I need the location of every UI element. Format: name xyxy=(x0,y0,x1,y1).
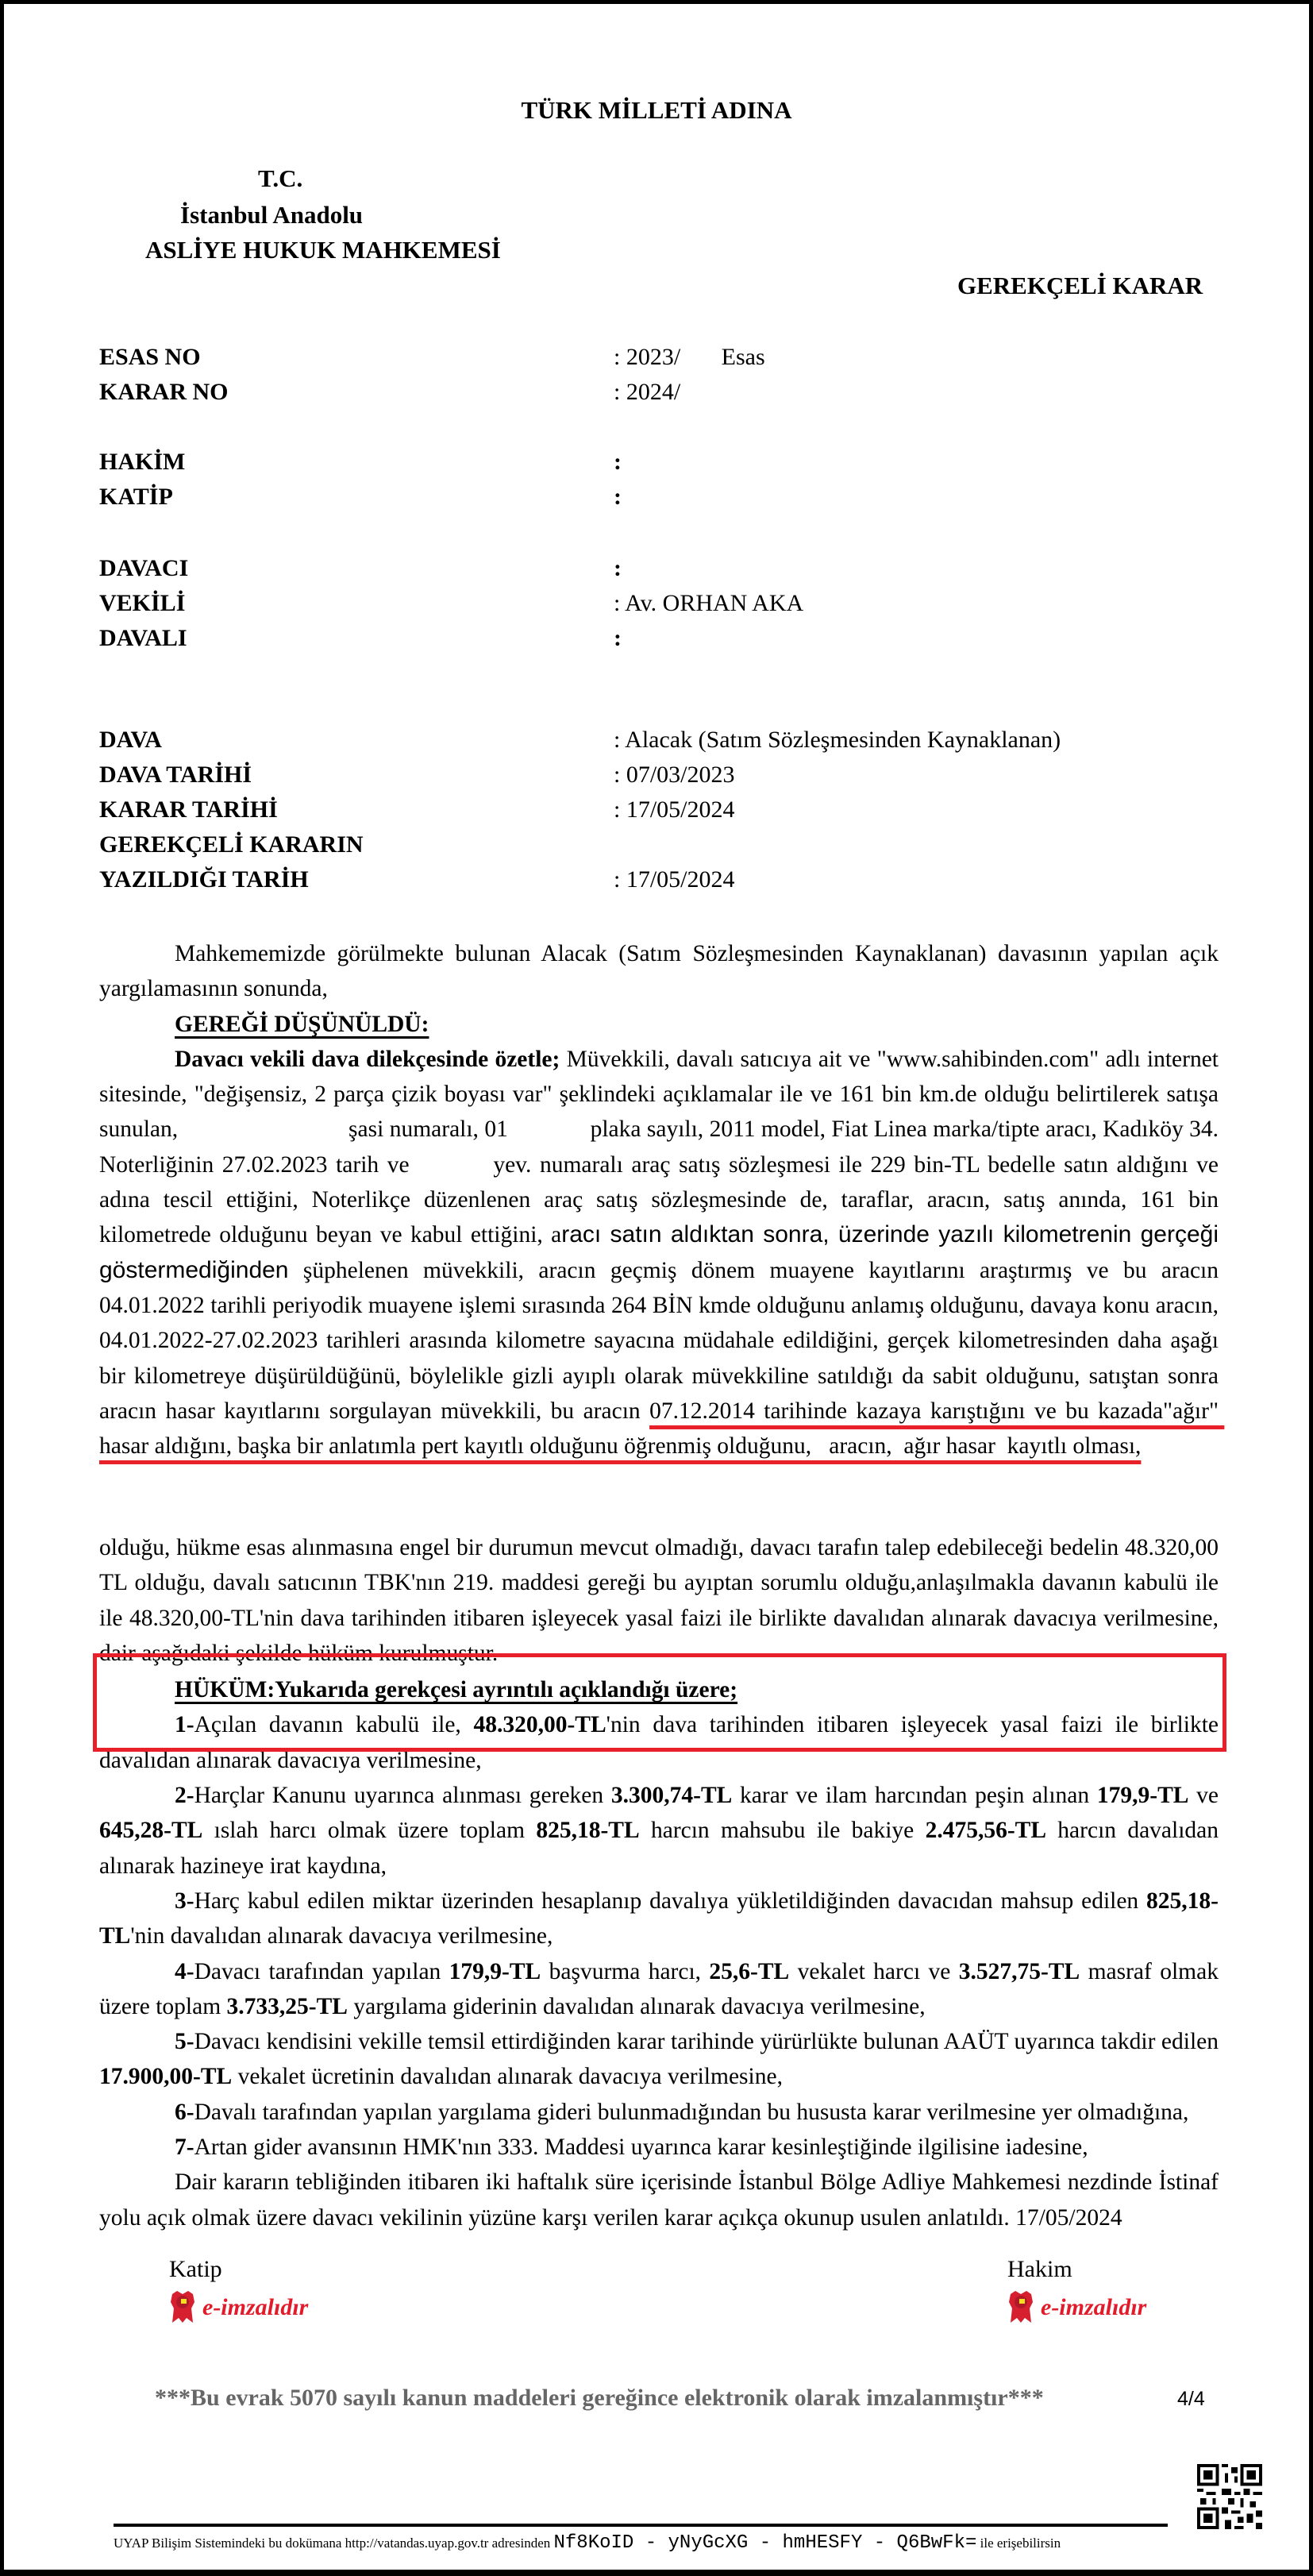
signature-hakim: e-imzalıdır xyxy=(1007,2291,1146,2323)
gereği-dusunuldu-heading: GEREĞİ DÜŞÜNÜLDÜ: xyxy=(175,1012,429,1037)
verdict-item-number: 3- xyxy=(175,1888,194,1914)
field-value-davaci: : xyxy=(614,555,622,582)
uyap-access-line: UYAP Bilişim Sistemindeki bu dokümana ht… xyxy=(114,2532,1061,2554)
e-signature-notice: ***Bu evrak 5070 sayılı kanun maddeleri … xyxy=(155,2385,1044,2412)
court-line-name: ASLİYE HUKUK MAHKEMESİ xyxy=(145,236,501,264)
amount: 3.733,25-TL xyxy=(227,1994,348,2019)
claim-paragraph: Davacı vekili dava dilekçesinde özetle; … xyxy=(99,1042,1219,1464)
verdict-text: vekalet ücretinin davalıdan alınarak dav… xyxy=(232,2064,783,2089)
amount: 179,9-TL xyxy=(1097,1783,1189,1808)
document-title: TÜRK MİLLETİ ADINA xyxy=(4,96,1309,125)
field-label-vekili: VEKİLİ xyxy=(99,590,185,617)
uyap-prefix: UYAP Bilişim Sistemindeki bu dokümana ht… xyxy=(114,2536,550,2551)
field-value-katip: : xyxy=(614,484,622,511)
verdict-text: vekalet harcı ve xyxy=(789,1959,959,1984)
verdict-item-number: 7- xyxy=(175,2134,194,2160)
field-value-vekili: : Av. ORHAN AKA xyxy=(614,590,803,617)
verdict-text: yargılama giderinin davalıdan alınarak d… xyxy=(348,1994,926,2019)
field-label-hakim: HAKİM xyxy=(99,449,185,476)
verdict-item-2: 2-Harçlar Kanunu uyarınca alınması gerek… xyxy=(99,1778,1219,1884)
field-value-karar-no: : 2024/ xyxy=(614,379,680,406)
field-value-davali: : xyxy=(614,625,622,652)
verdict-item-number: 4- xyxy=(175,1959,194,1984)
verdict-text: başvurma harcı, xyxy=(541,1959,709,1984)
field-label-dava-tarihi: DAVA TARİHİ xyxy=(99,762,252,789)
amount: 645,28-TL xyxy=(99,1818,202,1843)
verdict-text: Davacı tarafından yapılan xyxy=(194,1959,449,1984)
verdict-text: Artan gider avansının HMK'nın 333. Madde… xyxy=(194,2134,1088,2160)
verdict-text: karar ve ilam harcından peşin alınan xyxy=(732,1783,1097,1808)
uyap-access-code[interactable]: Nf8KoID - yNyGcXG - hmHESFY - Q6BwFk= xyxy=(553,2532,976,2554)
reasoning-paragraph: olduğu, hükme esas alınmasına engel bir … xyxy=(99,1530,1219,1671)
court-line-tc: T.C. xyxy=(258,164,302,193)
field-label-davaci: DAVACI xyxy=(99,555,188,582)
verdict-text: Harç kabul edilen miktar üzerinden hesap… xyxy=(194,1888,1146,1914)
verdict-text: ve xyxy=(1188,1783,1219,1808)
decision-body-part1: Mahkememizde görülmekte bulunan Alacak (… xyxy=(99,936,1219,1463)
field-label-gerekceli-kararin: GEREKÇELİ KARARIN xyxy=(99,831,364,858)
verdict-items: 1-Açılan davanın kabulü ile, 48.320,00-T… xyxy=(99,1707,1219,2165)
e-signature-seal-icon xyxy=(169,2291,196,2323)
page-number: 4/4 xyxy=(1177,2388,1205,2411)
signature-katip: e-imzalıdır xyxy=(169,2291,308,2323)
verdict-item-5: 5-Davacı kendisini vekille temsil ettird… xyxy=(99,2024,1219,2095)
verdict-text: 'nin davalıdan alınarak davacıya verilme… xyxy=(130,1923,553,1949)
field-value-dava-tarihi: : 07/03/2023 xyxy=(614,762,735,789)
verdict-text: Harçlar Kanunu uyarınca alınması gereken xyxy=(194,1783,611,1808)
e-imza-status: e-imzalıdır xyxy=(202,2294,308,2320)
amount: 17.900,00-TL xyxy=(99,2064,232,2089)
amount: 3.300,74-TL xyxy=(611,1783,732,1808)
field-label-karar-no: KARAR NO xyxy=(99,379,229,406)
signature-role-hakim: Hakim xyxy=(1007,2256,1072,2283)
verdict-item-number: 5- xyxy=(175,2029,194,2054)
field-label-dava: DAVA xyxy=(99,727,162,754)
verdict-item-4: 4-Davacı tarafından yapılan 179,9-TL baş… xyxy=(99,1954,1219,2025)
court-line-city: İstanbul Anadolu xyxy=(180,201,363,229)
verdict-item-3: 3-Harç kabul edilen miktar üzerinden hes… xyxy=(99,1884,1219,1954)
intro-paragraph: Mahkememizde görülmekte bulunan Alacak (… xyxy=(99,936,1219,1007)
uyap-suffix: ile erişebilirsin xyxy=(980,2536,1061,2551)
verdict-text: ıslah harcı olmak üzere toplam xyxy=(202,1818,536,1843)
decision-body-part2: olduğu, hükme esas alınmasına engel bir … xyxy=(99,1530,1219,2235)
signature-role-katip: Katip xyxy=(169,2256,222,2283)
verdict-item-number: 6- xyxy=(175,2100,194,2125)
verdict-item-number: 2- xyxy=(175,1783,194,1808)
claim-text-1: Müvekkili, davalı satıcıya ait ve "www.s… xyxy=(99,1047,1230,1248)
amount: 825,18-TL xyxy=(536,1818,639,1843)
field-value-dava: : Alacak (Satım Sözleşmesinden Kaynaklan… xyxy=(614,727,1061,754)
qr-code-icon[interactable] xyxy=(1197,2464,1262,2529)
field-value-esas-no: : 2023/ Esas xyxy=(614,344,765,371)
amount: 2.475,56-TL xyxy=(926,1818,1046,1843)
e-imza-status: e-imzalıdır xyxy=(1041,2294,1146,2320)
field-value-karar-tarihi: : 17/05/2024 xyxy=(614,796,735,823)
verdict-text: harcın mahsubu ile bakiye xyxy=(640,1818,926,1843)
field-label-yazildigi-tarih: YAZILDIĞI TARİH xyxy=(99,866,309,893)
amount: 3.527,75-TL xyxy=(959,1959,1080,1984)
closing-paragraph: Dair kararın tebliğinden itibaren iki ha… xyxy=(99,2165,1219,2235)
field-label-katip: KATİP xyxy=(99,484,173,511)
e-signature-seal-icon xyxy=(1007,2291,1034,2323)
amount: 25,6-TL xyxy=(709,1959,789,1984)
esas-no-suffix: Esas xyxy=(722,344,765,370)
field-value-hakim: : xyxy=(614,449,622,476)
amount: 179,9-TL xyxy=(449,1959,541,1984)
field-label-esas-no: ESAS NO xyxy=(99,344,201,371)
field-label-karar-tarihi: KARAR TARİHİ xyxy=(99,796,278,823)
verdict-text: Davacı kendisini vekille temsil ettirdiğ… xyxy=(194,2029,1219,2054)
field-label-davali: DAVALI xyxy=(99,625,187,652)
claim-lead: Davacı vekili dava dilekçesinde özetle; xyxy=(175,1047,560,1072)
verdict-text: Davalı tarafından yapılan yargılama gide… xyxy=(194,2100,1189,2125)
verdict-item-6: 6-Davalı tarafından yapılan yargılama gi… xyxy=(99,2095,1219,2130)
footer-divider xyxy=(114,2524,1168,2527)
field-value-yazildigi-tarih: : 17/05/2024 xyxy=(614,866,735,893)
verdict-item-7: 7-Artan gider avansının HMK'nın 333. Mad… xyxy=(99,2130,1219,2165)
section-heading-paragraph: GEREĞİ DÜŞÜNÜLDÜ: xyxy=(99,1007,1219,1042)
red-highlight-box xyxy=(93,1653,1226,1752)
court-decision-page: TÜRK MİLLETİ ADINA T.C. İstanbul Anadolu… xyxy=(0,0,1313,2576)
esas-no-value: : 2023/ xyxy=(614,344,680,370)
document-type: GEREKÇELİ KARAR xyxy=(957,272,1203,300)
